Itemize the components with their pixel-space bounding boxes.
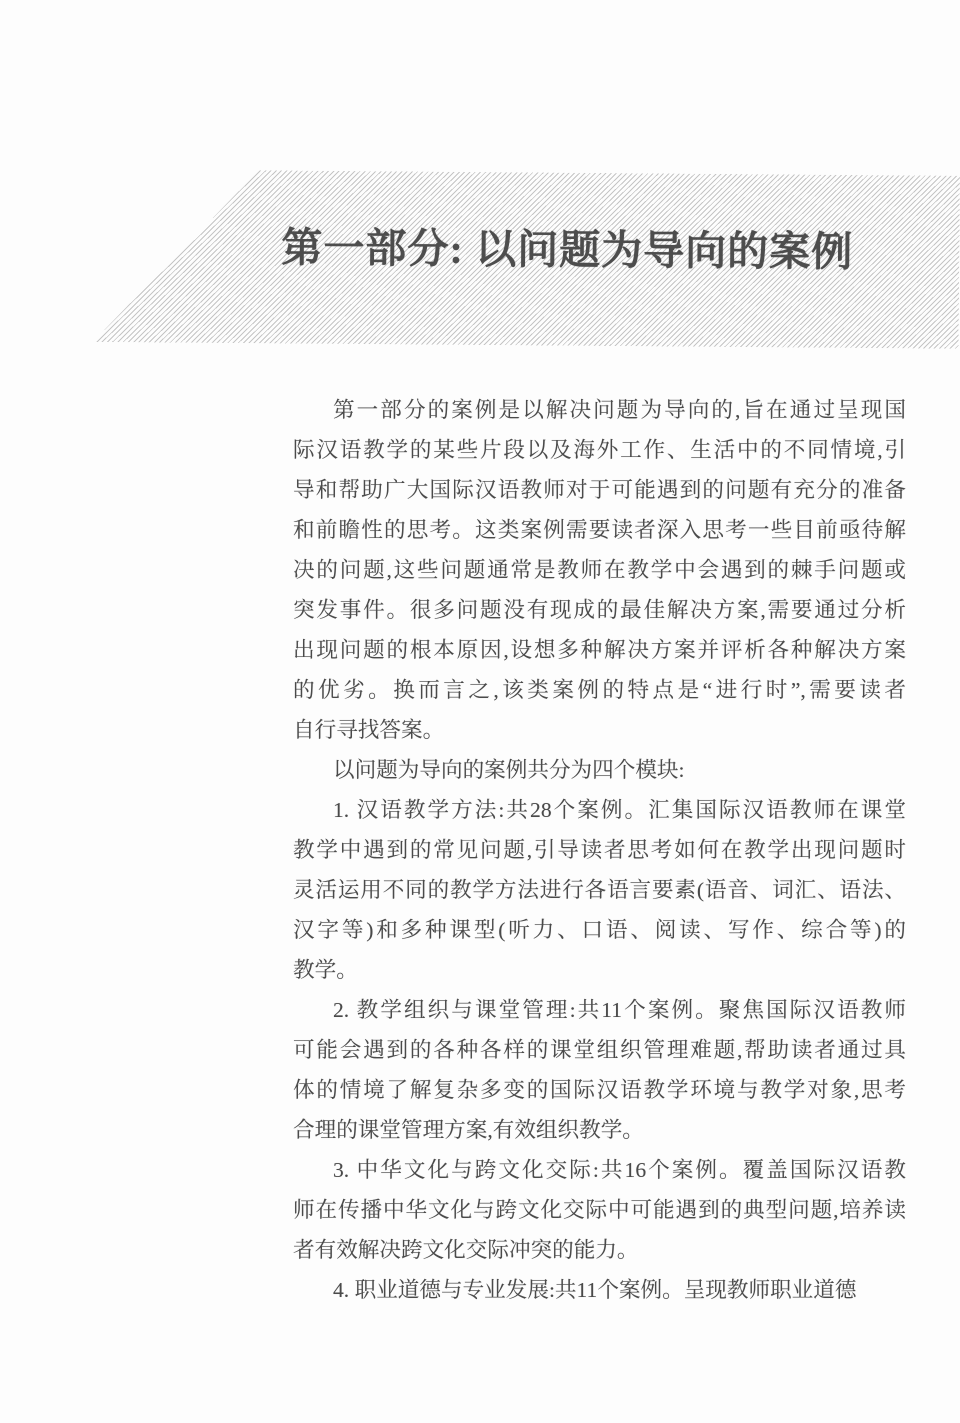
section-title: 第一部分: 以问题为导向的案例: [281, 224, 853, 276]
text-line: 和前瞻性的思考。这类案例需要读者深入思考一些目前亟待解: [293, 510, 906, 550]
text-line: 自行寻找答案。: [293, 710, 906, 750]
text-line: 际汉语教学的某些片段以及海外工作、生活中的不同情境,引: [293, 430, 906, 470]
text-line: 1. 汉语教学方法:共28个案例。汇集国际汉语教师在课堂: [293, 790, 906, 830]
text-line: 合理的课堂管理方案,有效组织教学。: [293, 1110, 906, 1150]
paragraph: 第一部分的案例是以解决问题为导向的,旨在通过呈现国际汉语教学的某些片段以及海外工…: [293, 390, 906, 750]
text-line: 灵活运用不同的教学方法进行各语言要素(语音、词汇、语法、: [293, 870, 906, 910]
text-line: 汉字等)和多种课型(听力、口语、阅读、写作、综合等)的: [293, 910, 906, 950]
text-line: 导和帮助广大国际汉语教师对于可能遇到的问题有充分的准备: [293, 470, 906, 510]
text-line: 4. 职业道德与专业发展:共11个案例。呈现教师职业道德: [293, 1270, 906, 1310]
section-banner: 第一部分: 以问题为导向的案例: [93, 169, 960, 349]
text-line: 教学。: [293, 950, 906, 990]
paragraph: 3. 中华文化与跨文化交际:共16个案例。覆盖国际汉语教师在传播中华文化与跨文化…: [293, 1150, 906, 1270]
paragraph: 2. 教学组织与课堂管理:共11个案例。聚焦国际汉语教师可能会遇到的各种各样的课…: [293, 990, 906, 1150]
text-line: 决的问题,这些问题通常是教师在教学中会遇到的棘手问题或: [293, 550, 906, 590]
book-page: 第一部分: 以问题为导向的案例 第一部分的案例是以解决问题为导向的,旨在通过呈现…: [0, 0, 960, 1423]
paragraph: 1. 汉语教学方法:共28个案例。汇集国际汉语教师在课堂教学中遇到的常见问题,引…: [293, 790, 906, 990]
text-line: 以问题为导向的案例共分为四个模块:: [293, 750, 906, 790]
text-line: 教学中遇到的常见问题,引导读者思考如何在教学出现问题时: [293, 830, 906, 870]
text-line: 师在传播中华文化与跨文化交际中可能遇到的典型问题,培养读: [293, 1190, 906, 1230]
text-line: 者有效解决跨文化交际冲突的能力。: [293, 1230, 906, 1270]
text-line: 的优劣。换而言之,该类案例的特点是“进行时”,需要读者: [293, 670, 906, 710]
paragraph: 4. 职业道德与专业发展:共11个案例。呈现教师职业道德: [293, 1270, 906, 1310]
text-line: 可能会遇到的各种各样的课堂组织管理难题,帮助读者通过具: [293, 1030, 906, 1070]
paragraph: 以问题为导向的案例共分为四个模块:: [293, 750, 906, 790]
body-text: 第一部分的案例是以解决问题为导向的,旨在通过呈现国际汉语教学的某些片段以及海外工…: [293, 390, 906, 1310]
text-line: 3. 中华文化与跨文化交际:共16个案例。覆盖国际汉语教: [293, 1150, 906, 1190]
text-line: 体的情境了解复杂多变的国际汉语教学环境与教学对象,思考: [293, 1070, 906, 1110]
text-line: 突发事件。很多问题没有现成的最佳解决方案,需要通过分析: [293, 590, 906, 630]
text-line: 2. 教学组织与课堂管理:共11个案例。聚焦国际汉语教师: [293, 990, 906, 1030]
text-line: 出现问题的根本原因,设想多种解决方案并评析各种解决方案: [293, 630, 906, 670]
text-line: 第一部分的案例是以解决问题为导向的,旨在通过呈现国: [293, 390, 906, 430]
